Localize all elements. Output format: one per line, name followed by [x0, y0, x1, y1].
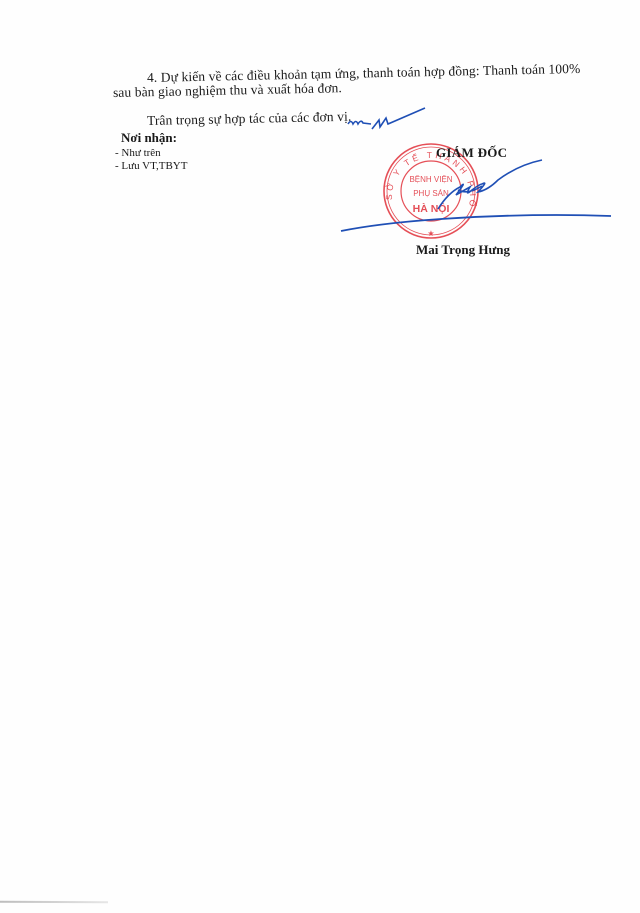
initials-signature-icon [348, 108, 425, 129]
svg-text:★: ★ [427, 229, 434, 238]
signer-name: Mai Trọng Hưng [416, 242, 510, 258]
signature-flourish-icon [341, 215, 611, 231]
document-page: 4. Dự kiến về các điều khoản tạm ứng, th… [0, 0, 640, 913]
official-stamp-icon: SỞ Y TẾ THÀNH PHỐ HÀ NỘI BỆNH VIỆN PHỤ S… [0, 0, 479, 238]
svg-text:SỞ Y TẾ THÀNH PHỐ HÀ NỘI: SỞ Y TẾ THÀNH PHỐ HÀ NỘI [0, 0, 479, 217]
stamp-and-signatures: SỞ Y TẾ THÀNH PHỐ HÀ NỘI BỆNH VIỆN PHỤ S… [0, 0, 640, 913]
svg-text:HÀ NỘI: HÀ NỘI [413, 202, 450, 215]
svg-text:BỆNH VIỆN: BỆNH VIỆN [409, 175, 452, 184]
signer-title: GIÁM ĐỐC [436, 145, 507, 161]
svg-text:PHỤ SẢN: PHỤ SẢN [413, 189, 449, 198]
